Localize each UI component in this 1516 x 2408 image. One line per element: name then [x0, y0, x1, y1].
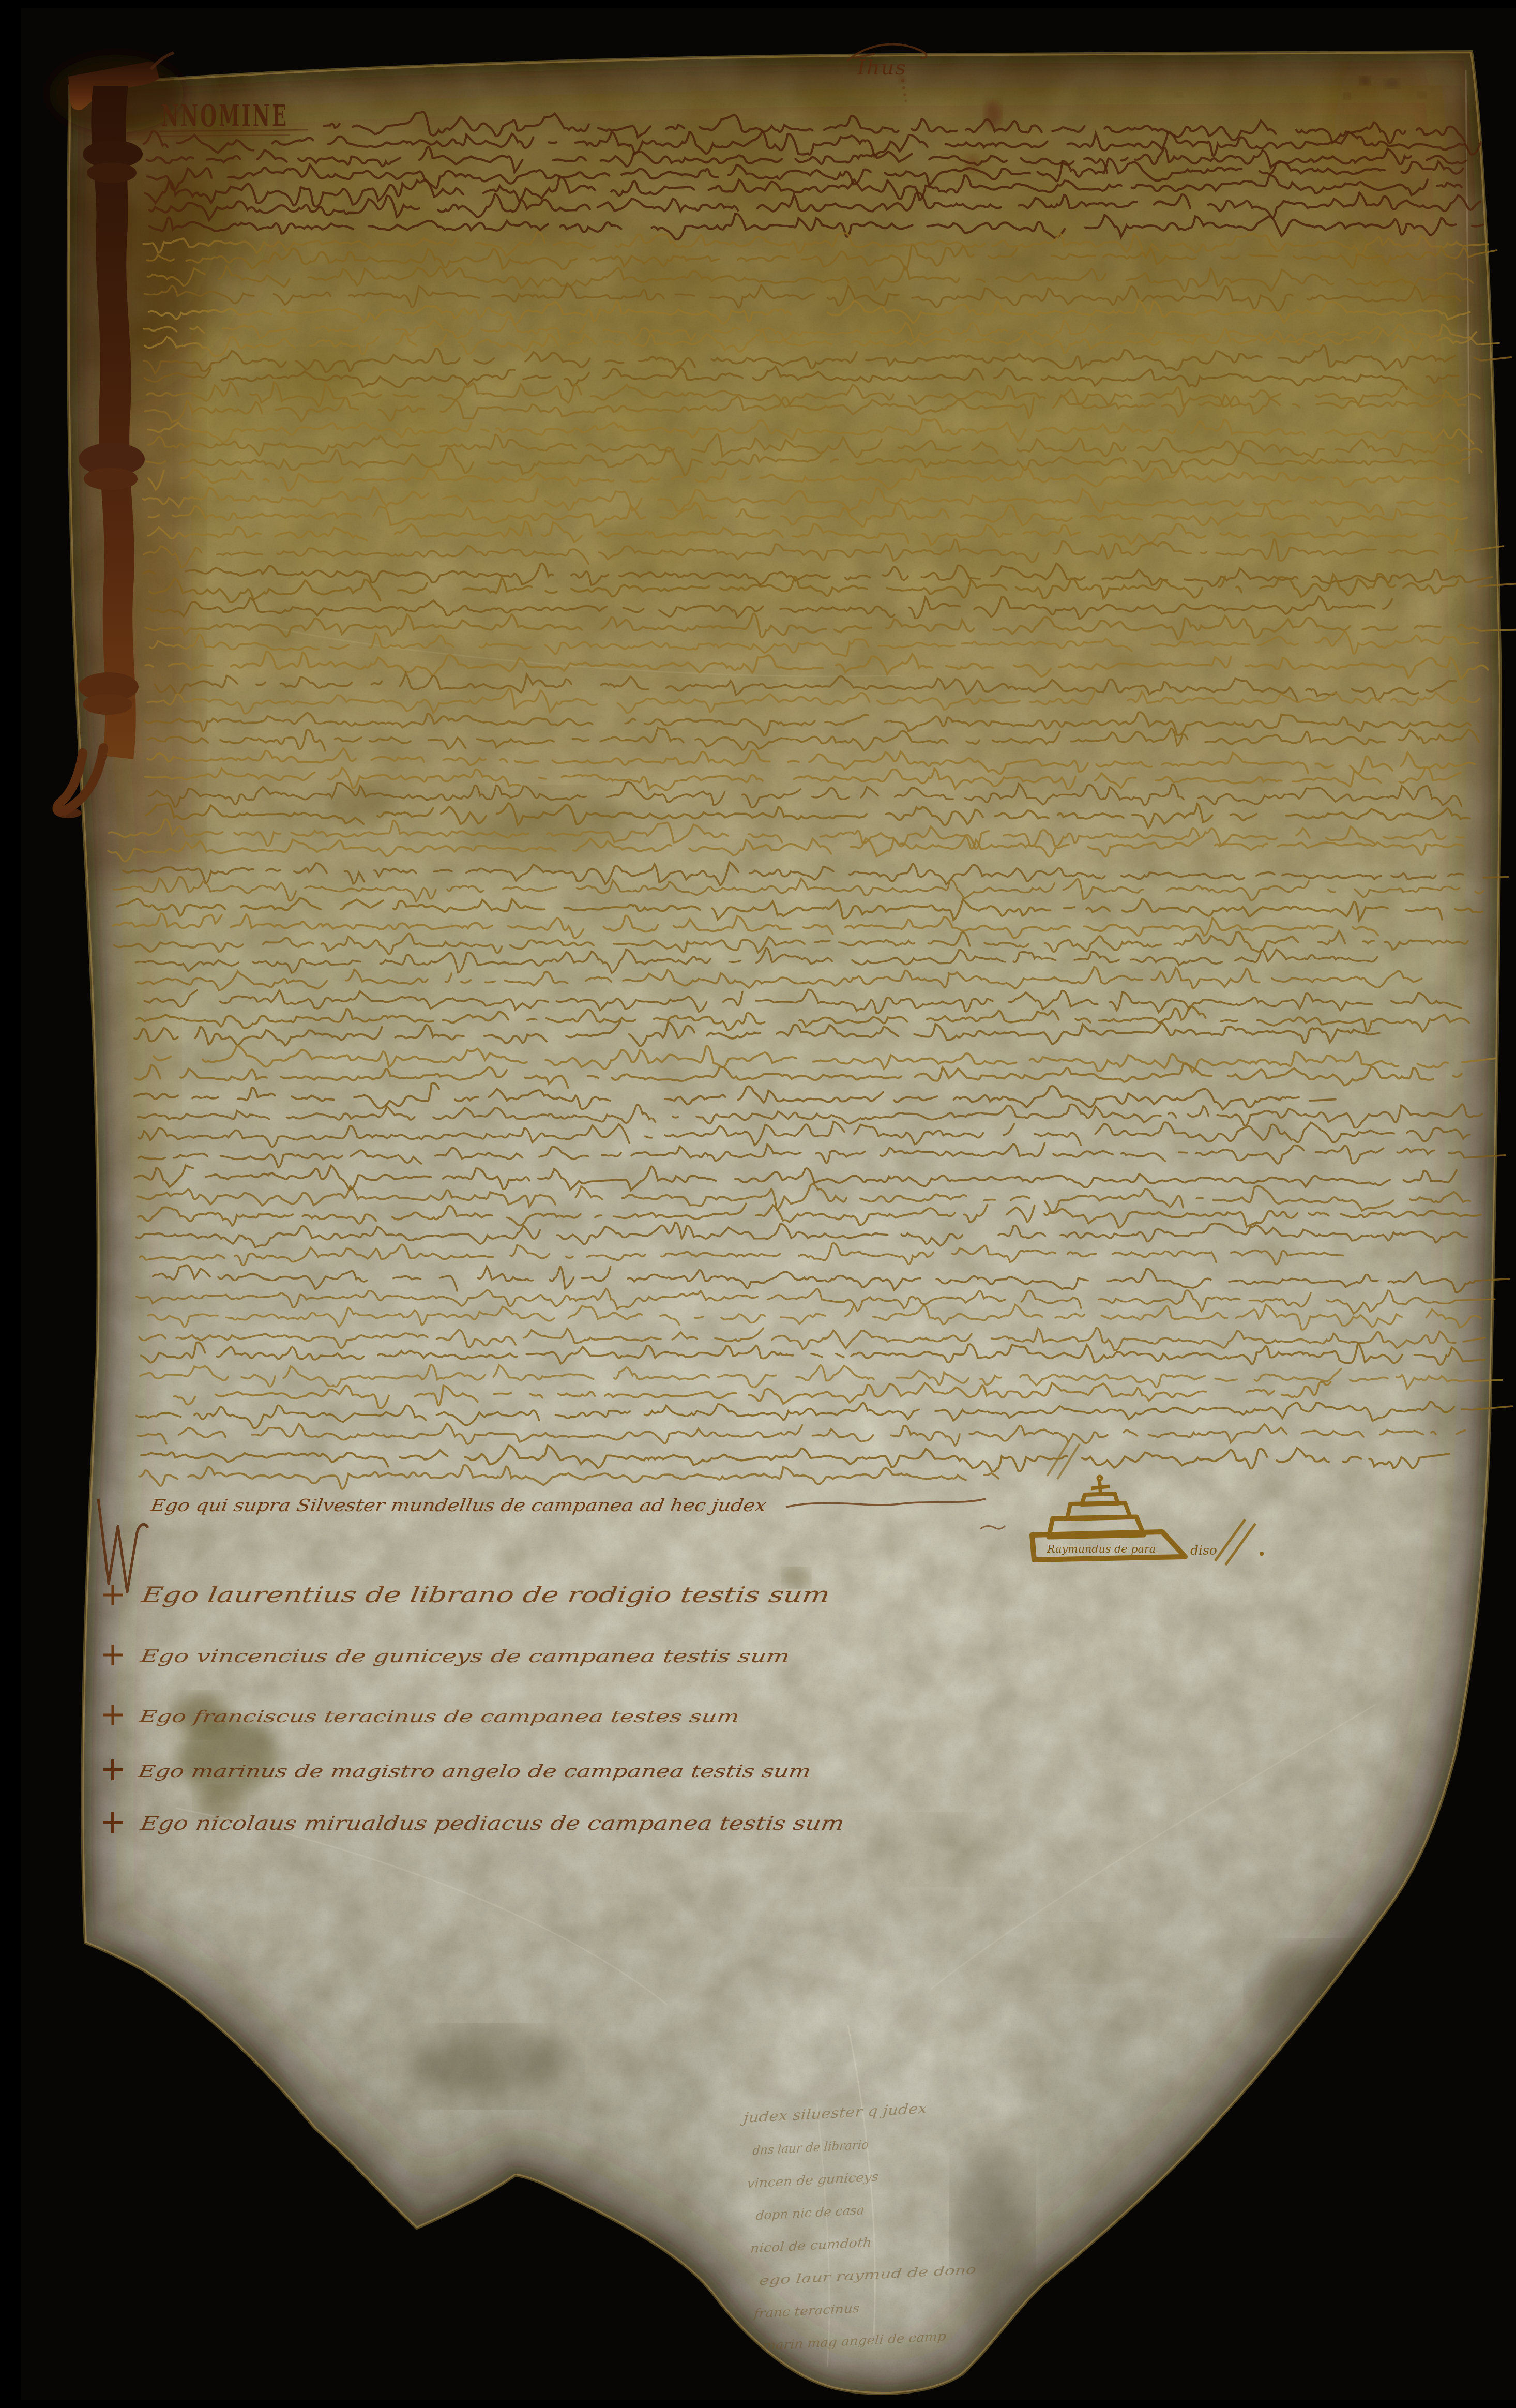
initial-knot: [79, 443, 145, 490]
witness-subscription: Ego vincencius de guniceys de campanea t…: [103, 1645, 791, 1667]
initial-flourish-blob: [55, 808, 82, 818]
initial-knot: [79, 672, 139, 715]
ink-dot: [1260, 1552, 1264, 1556]
witness-subscription: Ego nicolaus mirualdus pediacus de campa…: [103, 1812, 846, 1834]
sign-label-outer: diso: [1190, 1543, 1217, 1558]
witness-subscription-text: Ego franciscus teracinus de campanea tes…: [137, 1707, 741, 1726]
ink-dot: [901, 79, 904, 82]
witness-subscription: Ego marinus de magistro angelo de campan…: [103, 1759, 812, 1781]
witness-subscription-text: Ego laurentius de librano de rodigio tes…: [139, 1582, 832, 1607]
ink-dot: [904, 99, 907, 102]
opening-word: NNOMINE: [161, 98, 289, 133]
notary-subscription-line: Ego qui supra Silvester mundellus de cam…: [148, 1495, 768, 1515]
sign-label-inner: Raymundus de para: [1047, 1543, 1156, 1555]
ink-dot: [903, 93, 906, 96]
witness-subscription-text: Ego vincencius de guniceys de campanea t…: [138, 1646, 791, 1667]
initial-knot: [83, 140, 143, 183]
manuscript-photograph: NNOMINE Ihus Ego qui supra Silvester mun…: [21, 8, 1516, 2400]
invocation-text: Ihus: [857, 56, 907, 80]
witness-subscription-text: Ego nicolaus mirualdus pediacus de campa…: [138, 1812, 846, 1834]
witness-subscription-text: Ego marinus de magistro angelo de campan…: [136, 1761, 812, 1781]
witness-subscription: Ego franciscus teracinus de campanea tes…: [103, 1705, 741, 1726]
ink-dot: [902, 86, 905, 89]
witness-subscription: Ego laurentius de librano de rodigio tes…: [103, 1582, 832, 1607]
